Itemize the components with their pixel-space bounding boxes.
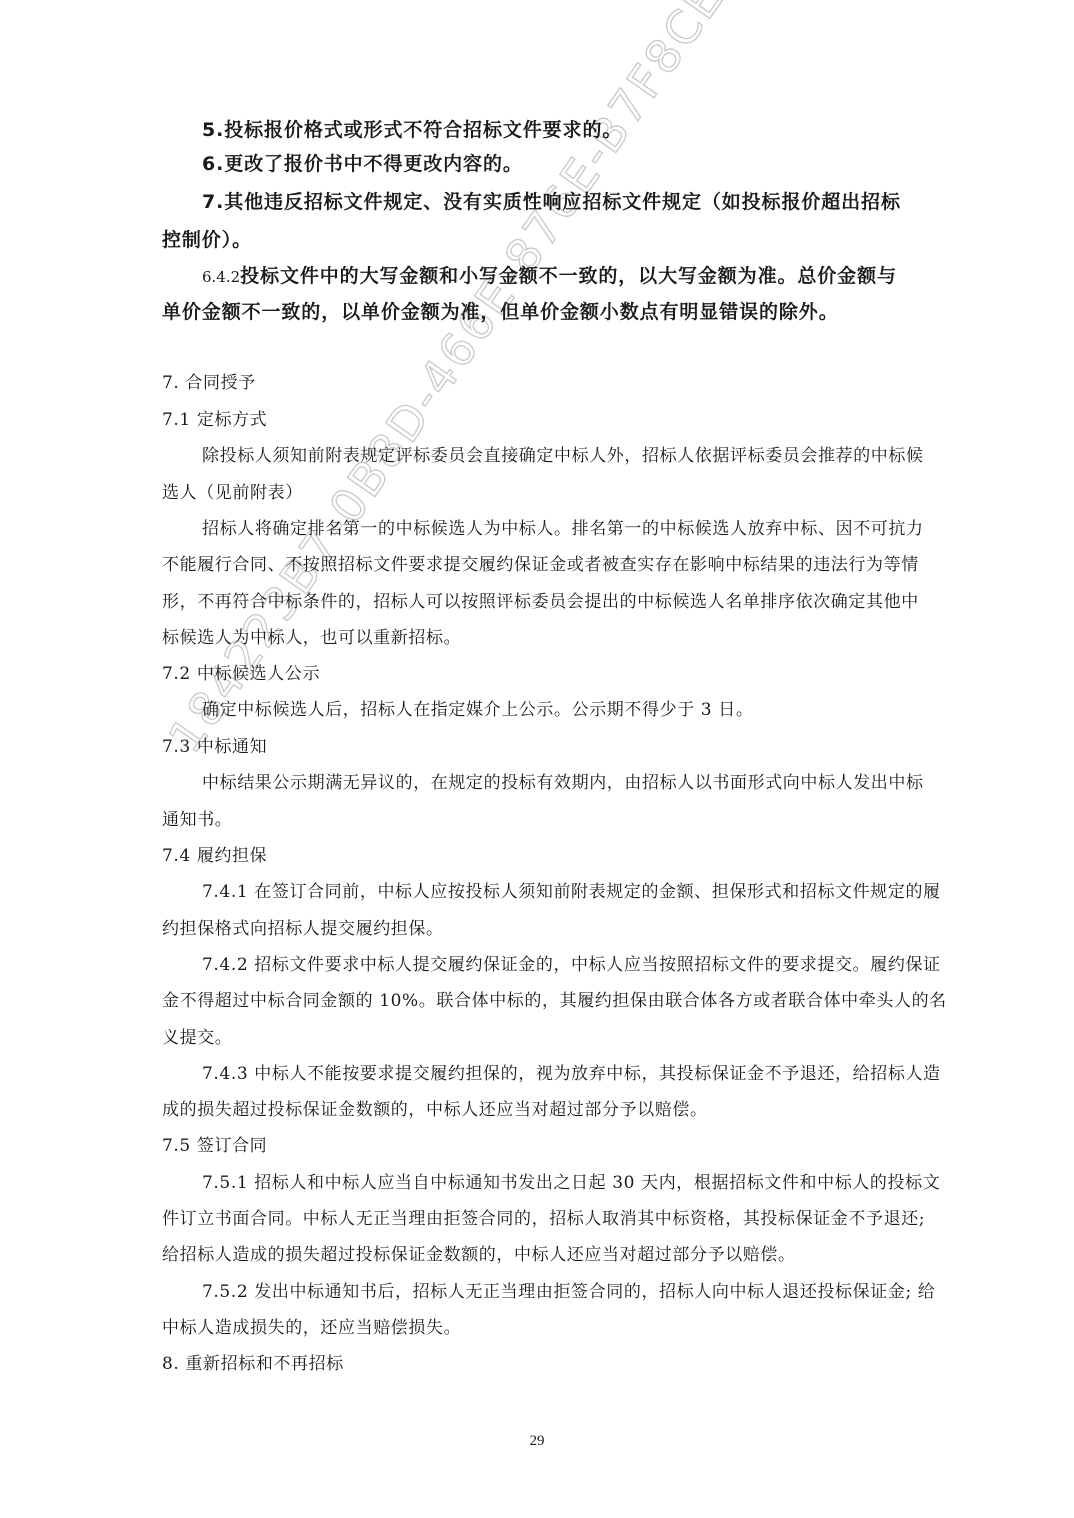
subsection-heading: 7.2 中标候选人公示 bbox=[162, 663, 988, 685]
section-heading: 8. 重新招标和不再招标 bbox=[162, 1353, 988, 1375]
text-line: 中标人造成损失的，还应当赔偿损失。 bbox=[162, 1317, 988, 1339]
text-line: 选人（见前附表） bbox=[162, 482, 988, 504]
clause-number: 6.4.2 bbox=[202, 268, 240, 286]
clause-text: 投标文件中的大写金额和小写金额不一致的，以大写金额为准。总价金额与 bbox=[240, 265, 897, 287]
text-line: 7.4.3 中标人不能按要求提交履约担保的，视为放弃中标，其投标保证金不予退还，… bbox=[202, 1063, 988, 1085]
text-line: 控制价）。 bbox=[162, 229, 988, 251]
text-line: 单价金额不一致的，以单价金额为准，但单价金额小数点有明显错误的除外。 bbox=[162, 301, 988, 323]
text-line: 7.5.1 招标人和中标人应当自中标通知书发出之日起 30 天内，根据招标文件和… bbox=[202, 1172, 988, 1194]
text-line: 给招标人造成的损失超过投标保证金数额的，中标人还应当对超过部分予以赔偿。 bbox=[162, 1244, 988, 1266]
text-line: 不能履行合同、不按照招标文件要求提交履约保证金或者被查实存在影响中标结果的违法行… bbox=[162, 554, 988, 576]
text-line: 7.4.1 在签订合同前，中标人应按投标人须知前附表规定的金额、担保形式和招标文… bbox=[202, 881, 988, 903]
text-line: 除投标人须知前附表规定评标委员会直接确定中标人外，招标人依据评标委员会推荐的中标… bbox=[202, 445, 988, 467]
text-line: 中标结果公示期满无异议的，在规定的投标有效期内，由招标人以书面形式向中标人发出中… bbox=[202, 772, 988, 794]
text-line: 形，不再符合中标条件的，招标人可以按照评标委员会提出的中标候选人名单排序依次确定… bbox=[162, 591, 988, 613]
text-line: 7.5.2 发出中标通知书后，招标人无正当理由拒签合同的，招标人向中标人退还投标… bbox=[202, 1281, 988, 1303]
text-line: 6.更改了报价书中不得更改内容的。 bbox=[202, 153, 988, 175]
subsection-heading: 7.1 定标方式 bbox=[162, 409, 988, 431]
document-page: 184223B7-0B8D-466E-876E-B7F8CEF20EC2 5.投… bbox=[0, 0, 1074, 1518]
text-line: 7.其他违反招标文件规定、没有实质性响应招标文件规定（如投标报价超出招标 bbox=[202, 191, 988, 213]
page-number: 29 bbox=[0, 1433, 1074, 1450]
text-line: 成的损失超过投标保证金数额的，中标人还应当对超过部分予以赔偿。 bbox=[162, 1099, 988, 1121]
text-line: 义提交。 bbox=[162, 1027, 988, 1049]
text-line: 确定中标候选人后，招标人在指定媒介上公示。公示期不得少于 3 日。 bbox=[202, 699, 988, 721]
text-line: 约担保格式向招标人提交履约担保。 bbox=[162, 918, 988, 940]
subsection-heading: 7.4 履约担保 bbox=[162, 845, 988, 867]
subsection-heading: 7.5 签订合同 bbox=[162, 1135, 988, 1157]
text-line: 6.4.2投标文件中的大写金额和小写金额不一致的，以大写金额为准。总价金额与 bbox=[202, 265, 988, 288]
text-line: 标候选人为中标人，也可以重新招标。 bbox=[162, 627, 988, 649]
section-heading: 7. 合同授予 bbox=[162, 372, 988, 394]
text-line: 5.投标报价格式或形式不符合招标文件要求的。 bbox=[202, 119, 988, 141]
text-line: 金不得超过中标合同金额的 10%。联合体中标的，其履约担保由联合体各方或者联合体… bbox=[162, 990, 988, 1012]
text-line: 招标人将确定排名第一的中标候选人为中标人。排名第一的中标候选人放弃中标、因不可抗… bbox=[202, 518, 988, 540]
subsection-heading: 7.3 中标通知 bbox=[162, 736, 988, 758]
text-line: 件订立书面合同。中标人无正当理由拒签合同的，招标人取消其中标资格，其投标保证金不… bbox=[162, 1208, 988, 1230]
text-line: 7.4.2 招标文件要求中标人提交履约保证金的，中标人应当按照招标文件的要求提交… bbox=[202, 954, 988, 976]
text-line: 通知书。 bbox=[162, 809, 988, 831]
